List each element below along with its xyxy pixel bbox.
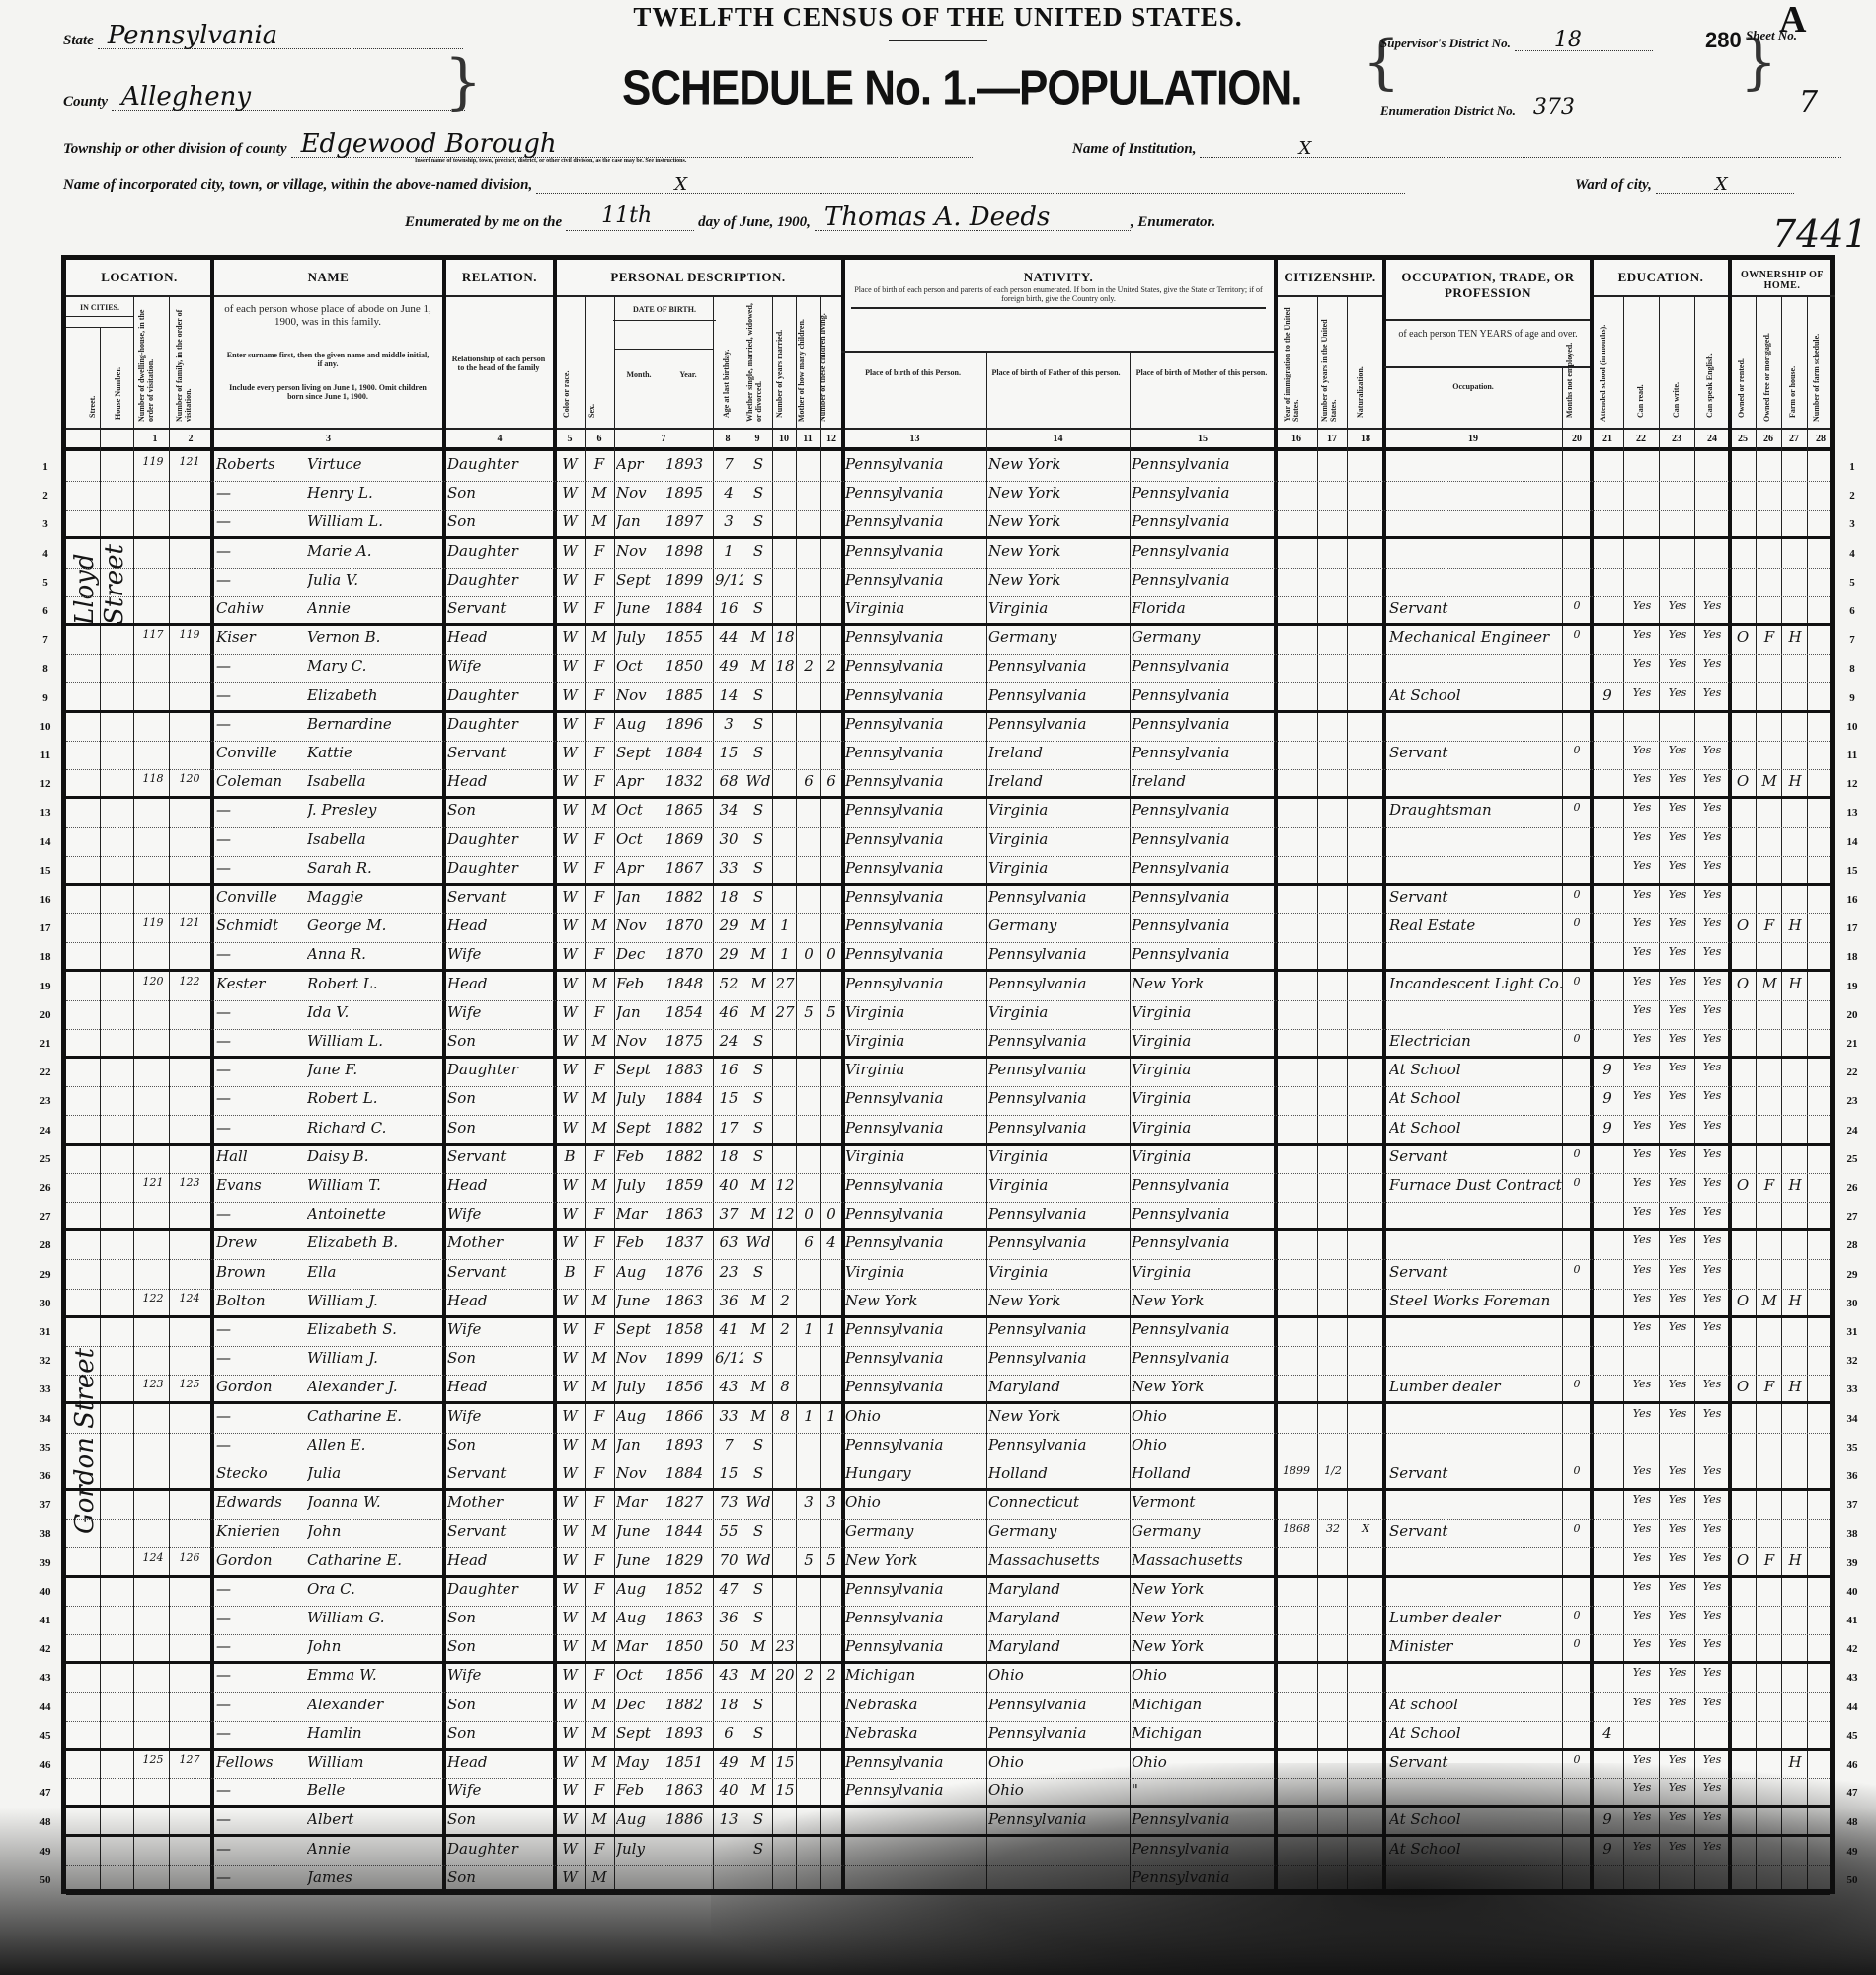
age-cell: 30 [715, 830, 743, 848]
can-write-cell: Yes [1661, 1753, 1694, 1766]
given-name-cell: Kattie [307, 744, 441, 761]
column-number-row: 1 2 3 4 5 6 7 8 9 10 11 12 13 14 15 16 1… [66, 428, 1830, 451]
table-row[interactable]: 121123EvansWilliam T.HeadWMJuly185940M12… [66, 1174, 1830, 1203]
owned-rented-cell: O [1730, 975, 1756, 992]
owned-rented-cell: O [1730, 1292, 1756, 1309]
table-row[interactable]: SteckoJuliaServantWFNov188415SHungaryHol… [66, 1462, 1830, 1491]
birthplace-mother-cell: Virginia [1132, 1032, 1274, 1050]
can-write-cell: Yes [1661, 1089, 1694, 1102]
relation-cell: Head [447, 916, 552, 934]
can-read-cell: Yes [1625, 1493, 1659, 1506]
sex-cell: M [586, 1032, 612, 1050]
surname-cell: Hall [216, 1147, 307, 1165]
surname-cell: Coleman [216, 772, 307, 790]
can-write-cell: Yes [1661, 1407, 1694, 1420]
birth-year-cell: 1898 [665, 542, 713, 560]
can-read-cell: Yes [1625, 1810, 1659, 1823]
table-row[interactable]: 119121SchmidtGeorge M.HeadWMNov187029M1P… [66, 914, 1830, 943]
table-row[interactable]: —Sarah R.DaughterWFApr186733SPennsylvani… [66, 857, 1830, 886]
table-row[interactable]: KnierienJohnServantWMJune184455SGermanyG… [66, 1520, 1830, 1548]
birthplace-father-cell: New York [988, 571, 1129, 589]
relation-cell: Daughter [447, 1061, 552, 1078]
given-name-cell: Albert [307, 1810, 441, 1828]
birthplace-mother-cell: Ohio [1132, 1436, 1274, 1454]
table-row[interactable]: 117119KiserVernon B.HeadWMJuly185544M18P… [66, 626, 1830, 655]
table-row[interactable]: —Robert L.SonWMJuly188415SPennsylvaniaPe… [66, 1087, 1830, 1116]
birthplace-person-cell: Pennsylvania [845, 715, 985, 733]
birthplace-father-cell: Pennsylvania [988, 1089, 1129, 1107]
table-row[interactable]: —AlbertSonWMAug188613SPennsylvaniaPennsy… [66, 1808, 1830, 1837]
relation-cell: Daughter [447, 715, 552, 733]
color-race-cell: W [557, 657, 583, 674]
color-race-cell: W [557, 1032, 583, 1050]
surname-cell: — [216, 513, 307, 530]
can-write-cell: Yes [1661, 975, 1694, 987]
birthplace-mother-cell: Pennsylvania [1132, 888, 1274, 906]
color-race-cell: W [557, 1003, 583, 1021]
birthplace-person-cell: Pennsylvania [845, 1205, 985, 1223]
can-write-cell: Yes [1661, 1119, 1694, 1132]
table-row[interactable]: —Richard C.SonWMSept188217SPennsylvaniaP… [66, 1117, 1830, 1145]
surname-cell: — [216, 1089, 307, 1107]
relation-cell: Daughter [447, 1840, 552, 1857]
table-row[interactable]: —Jane F.DaughterWFSept188316SVirginiaPen… [66, 1059, 1830, 1087]
birthplace-person-cell: Virginia [845, 1147, 985, 1165]
table-row[interactable]: —Anna R.WifeWFDec187029M100PennsylvaniaP… [66, 943, 1830, 972]
months-unemployed-cell: 0 [1564, 1609, 1590, 1621]
color-race-cell: W [557, 628, 583, 646]
birthplace-mother-cell: Florida [1132, 599, 1274, 617]
surname-cell: — [216, 1436, 307, 1454]
sex-cell: M [586, 1349, 612, 1367]
birthplace-father-cell: Ohio [988, 1753, 1129, 1771]
given-name-cell: Allen E. [307, 1436, 441, 1454]
age-cell: 15 [715, 1089, 743, 1107]
given-name-cell: Belle [307, 1781, 441, 1799]
table-row[interactable]: —JamesSonWMPennsylvania [66, 1866, 1830, 1895]
row-number-left: 27 [36, 1211, 55, 1223]
sex-cell: M [586, 484, 612, 502]
birthplace-mother-cell: Pennsylvania [1132, 686, 1274, 704]
table-row[interactable]: 125127FellowsWilliamHeadWMMay185149M15Pe… [66, 1751, 1830, 1779]
table-row[interactable]: BrownEllaServantBFAug187623SVirginiaVirg… [66, 1261, 1830, 1290]
table-row[interactable]: 120122KesterRobert L.HeadWMFeb184852M27P… [66, 973, 1830, 1001]
dwelling-number-cell: 121 [137, 1176, 169, 1189]
months-unemployed-cell: 0 [1564, 801, 1590, 814]
age-cell: 43 [715, 1378, 743, 1395]
birthplace-mother-cell: Pennsylvania [1132, 945, 1274, 963]
marital-status-cell: M [744, 1176, 772, 1194]
row-number-left: 45 [36, 1730, 55, 1742]
birth-year-cell: 1850 [665, 1637, 713, 1655]
attended-school-cell: 4 [1592, 1724, 1623, 1742]
relation-cell: Servant [447, 599, 552, 617]
group-citizenship: CITIZENSHIP. [1276, 260, 1384, 297]
sex-cell: F [586, 599, 612, 617]
table-row[interactable]: EdwardsJoanna W.MotherWFMar182773Wd33Ohi… [66, 1491, 1830, 1520]
surname-cell: — [216, 1119, 307, 1137]
row-number-right: 34 [1842, 1413, 1862, 1425]
family-number-cell: 121 [171, 455, 208, 468]
birthplace-father-cell: Ireland [988, 744, 1129, 761]
birth-year-cell: 1882 [665, 1147, 713, 1165]
marital-status-cell: S [744, 1119, 772, 1137]
birthplace-person-cell: Virginia [845, 599, 985, 617]
can-speak-english-cell: Yes [1696, 657, 1728, 670]
can-write-cell: Yes [1661, 1781, 1694, 1794]
surname-cell: Gordon [216, 1378, 307, 1395]
table-row[interactable]: —IsabellaDaughterWFOct186930SPennsylvani… [66, 829, 1830, 857]
birthplace-person-cell: Virginia [845, 1061, 985, 1078]
subhead-in-cities: IN CITIES. [66, 303, 133, 317]
ward-field[interactable]: Ward of city, X [1575, 172, 1794, 194]
sex-cell: F [586, 1493, 612, 1511]
surname-cell: — [216, 686, 307, 704]
table-row[interactable]: —Elizabeth S.WifeWFSept185841M211Pennsyl… [66, 1318, 1830, 1347]
birth-year-cell: 1893 [665, 1436, 713, 1454]
schedule-title: SCHEDULE No. 1.—POPULATION. [622, 61, 1301, 117]
mother-of-children-cell: 2 [798, 1666, 820, 1684]
owned-rented-cell: O [1730, 1378, 1756, 1395]
table-row[interactable]: —Ora C.DaughterWFAug185247SPennsylvaniaM… [66, 1578, 1830, 1607]
birthplace-mother-cell: Ohio [1132, 1666, 1274, 1684]
birth-month-cell: Mar [616, 1493, 664, 1511]
table-row[interactable]: —ElizabethDaughterWFNov188514SPennsylvan… [66, 684, 1830, 713]
marital-status-cell: S [744, 455, 772, 473]
table-row[interactable]: 122124BoltonWilliam J.HeadWMJune186336M2… [66, 1290, 1830, 1318]
birthplace-mother-cell: Germany [1132, 628, 1274, 646]
given-name-cell: Ella [307, 1263, 441, 1281]
surname-cell: — [216, 1580, 307, 1598]
birthplace-mother-cell: Virginia [1132, 1061, 1274, 1078]
can-speak-english-cell: Yes [1696, 801, 1728, 814]
birthplace-person-cell: Pennsylvania [845, 657, 985, 674]
birth-month-cell: June [616, 1292, 664, 1309]
row-number-right: 28 [1842, 1239, 1862, 1251]
group-nativity: NATIVITY. [841, 260, 1276, 285]
relation-cell: Mother [447, 1233, 552, 1251]
birth-month-cell: Mar [616, 1637, 664, 1655]
table-row[interactable]: —AntoinetteWifeWFMar186337M1200Pennsylva… [66, 1203, 1830, 1231]
table-row[interactable]: —BernardineDaughterWFAug18963SPennsylvan… [66, 713, 1830, 742]
table-row[interactable]: —William L.SonWMNov187524SVirginiaPennsy… [66, 1030, 1830, 1059]
sex-cell: F [586, 744, 612, 761]
row-number-right: 2 [1842, 490, 1862, 502]
can-speak-english-cell: Yes [1696, 1119, 1728, 1132]
birthplace-person-cell: Pennsylvania [845, 1609, 985, 1626]
subhead-mother-of: Mother of how many children. [797, 303, 817, 422]
marital-status-cell: S [744, 715, 772, 733]
owned-free-cell: M [1758, 772, 1781, 790]
row-number-right: 46 [1842, 1759, 1862, 1771]
table-row[interactable]: CahiwAnnieServantWFJune188416SVirginiaVi… [66, 597, 1830, 626]
sex-cell: F [586, 859, 612, 877]
marital-status-cell: M [744, 1781, 772, 1799]
relation-cell: Daughter [447, 455, 552, 473]
table-row[interactable]: ConvilleKattieServantWFSept188415SPennsy… [66, 742, 1830, 770]
years-married-cell: 18 [774, 657, 796, 674]
city-field[interactable]: Name of incorporated city, town, or vill… [63, 172, 1405, 194]
table-row[interactable]: 119121RobertsVirtuceDaughterWFApr18937SP… [66, 453, 1830, 482]
table-row[interactable]: —Emma W.WifeWFOct185643M2022MichiganOhio… [66, 1664, 1830, 1693]
table-row[interactable]: —William J.SonWMNov18996/12SPennsylvania… [66, 1347, 1830, 1376]
sex-cell: M [586, 1724, 612, 1742]
subhead-naturalization: Naturalization. [1356, 339, 1365, 418]
table-row[interactable]: —BelleWifeWFFeb186340M15PennsylvaniaOhio… [66, 1779, 1830, 1808]
birthplace-mother-cell: Pennsylvania [1132, 571, 1274, 589]
occupation-cell: Servant [1389, 1464, 1562, 1482]
birthplace-mother-cell: Pennsylvania [1132, 744, 1274, 761]
table-row[interactable]: —Henry L.SonWMNov18954SPennsylvaniaNew Y… [66, 482, 1830, 511]
birthplace-father-cell: Germany [988, 1522, 1129, 1540]
years-married-cell: 27 [774, 975, 796, 992]
subhead-can-write: Can write. [1672, 368, 1681, 418]
age-cell: 16 [715, 1061, 743, 1078]
birthplace-father-cell: Connecticut [988, 1493, 1129, 1511]
row-number-left: 43 [36, 1672, 55, 1684]
birthplace-person-cell: Pennsylvania [845, 1781, 985, 1799]
color-race-cell: W [557, 1696, 583, 1713]
table-row[interactable]: —J. PresleySonWMOct186534SPennsylvaniaVi… [66, 799, 1830, 828]
birthplace-father-cell: Virginia [988, 859, 1129, 877]
birth-year-cell: 1897 [665, 513, 713, 530]
birthplace-person-cell: Pennsylvania [845, 1436, 985, 1454]
months-unemployed-cell: 0 [1564, 1637, 1590, 1650]
surname-cell: Fellows [216, 1753, 307, 1771]
institution-field[interactable]: Name of Institution, X [1072, 136, 1841, 158]
occupation-cell: At School [1389, 1119, 1562, 1137]
table-row[interactable]: 118120ColemanIsabellaHeadWFApr183268Wd66… [66, 770, 1830, 799]
sex-cell: F [586, 1205, 612, 1223]
color-race-cell: W [557, 1176, 583, 1194]
birth-year-cell: 1895 [665, 484, 713, 502]
sex-cell: F [586, 1407, 612, 1425]
years-married-cell: 12 [774, 1205, 796, 1223]
family-number-cell: 123 [171, 1176, 208, 1189]
table-row[interactable]: —Catharine E.WifeWFAug186633M811OhioNew … [66, 1405, 1830, 1434]
birthplace-mother-cell: New York [1132, 975, 1274, 992]
farm-house-cell: H [1783, 1551, 1807, 1569]
color-race-cell: W [557, 1436, 583, 1454]
marital-status-cell: S [744, 830, 772, 848]
birthplace-mother-cell: Pennsylvania [1132, 1176, 1274, 1194]
given-name-cell: Catharine E. [307, 1407, 441, 1425]
birth-month-cell: July [616, 628, 664, 646]
state-label: State [63, 33, 94, 49]
table-row[interactable]: —Marie A.DaughterWFNov18981SPennsylvania… [66, 540, 1830, 569]
row-number-right: 10 [1842, 721, 1862, 733]
age-cell: 7 [715, 1436, 743, 1454]
birthplace-father-cell: Ireland [988, 772, 1129, 790]
table-row[interactable]: ConvilleMaggieServantWFJan188218SPennsyl… [66, 886, 1830, 914]
color-race-cell: B [557, 1263, 583, 1281]
color-race-cell: W [557, 859, 583, 877]
enumeration-district-field[interactable]: Enumeration District No. 373 [1380, 97, 1648, 118]
occupation-cell: At School [1389, 1840, 1562, 1857]
county-field[interactable]: County Allegheny [63, 89, 465, 111]
owned-rented-cell: O [1730, 1551, 1756, 1569]
birthplace-father-cell: Pennsylvania [988, 1119, 1129, 1137]
enumerated-date-field[interactable]: Enumerated by me on the 11th day of June… [405, 209, 1219, 231]
months-unemployed-cell: 0 [1564, 1378, 1590, 1390]
birth-year-cell: 1899 [665, 571, 713, 589]
group-relation: RELATION. [444, 260, 555, 297]
row-number-right: 35 [1842, 1442, 1862, 1454]
can-write-cell: Yes [1661, 1696, 1694, 1708]
sheet-value: 7 [1799, 85, 1818, 119]
marital-status-cell: M [744, 657, 772, 674]
subhead-occupation-desc: of each person TEN YEARS of age and over… [1394, 329, 1582, 341]
color-race-cell: W [557, 772, 583, 790]
farm-house-cell: H [1783, 916, 1807, 934]
can-write-cell: Yes [1661, 686, 1694, 699]
table-row[interactable]: 124126GordonCatharine E.HeadWFJune182970… [66, 1549, 1830, 1578]
township-field[interactable]: Township or other division of county Edg… [63, 136, 973, 158]
subhead-birth-person: Place of birth of this Person. [846, 368, 979, 377]
row-number-right: 15 [1842, 865, 1862, 877]
birthplace-mother-cell: New York [1132, 1580, 1274, 1598]
row-number-left: 44 [36, 1701, 55, 1713]
age-cell: 24 [715, 1032, 743, 1050]
table-row[interactable]: HallDaisy B.ServantBFFeb188218SVirginiaV… [66, 1145, 1830, 1174]
can-speak-english-cell: Yes [1696, 1089, 1728, 1102]
birthplace-mother-cell: Pennsylvania [1132, 801, 1274, 819]
given-name-cell: Henry L. [307, 484, 441, 502]
row-number-right: 29 [1842, 1269, 1862, 1281]
marital-status-cell: S [744, 888, 772, 906]
sheet-number-field[interactable]: 7 [1758, 97, 1846, 118]
age-cell: 55 [715, 1522, 743, 1540]
family-number-cell: 122 [171, 975, 208, 987]
birth-year-cell: 1884 [665, 1089, 713, 1107]
age-cell: 73 [715, 1493, 743, 1511]
table-row[interactable]: —Mary C.WifeWFOct185049M1822Pennsylvania… [66, 655, 1830, 683]
can-speak-english-cell: Yes [1696, 1637, 1728, 1650]
given-name-cell: Jane F. [307, 1061, 441, 1078]
table-row[interactable]: —AlexanderSonWMDec188218SNebraskaPennsyl… [66, 1694, 1830, 1722]
row-number-left: 24 [36, 1125, 55, 1137]
subhead-family-number: Number of family, in the order of visita… [175, 303, 195, 422]
sex-cell: M [586, 1637, 612, 1655]
group-ownership: OWNERSHIP OF HOME. [1730, 260, 1835, 297]
years-married-cell: 15 [774, 1781, 796, 1799]
age-cell: 3 [715, 513, 743, 530]
birthplace-person-cell: Pennsylvania [845, 1320, 985, 1338]
birth-month-cell: Jan [616, 1003, 664, 1021]
sex-cell: F [586, 1147, 612, 1165]
subhead-immigration-year: Year of immigration to the United States… [1283, 303, 1302, 422]
birthplace-father-cell: Pennsylvania [988, 1205, 1129, 1223]
table-row[interactable]: —JohnSonWMMar185050M23PennsylvaniaMaryla… [66, 1635, 1830, 1664]
sex-cell: F [586, 1320, 612, 1338]
relation-cell: Head [447, 1292, 552, 1309]
occupation-cell: At School [1389, 1089, 1562, 1107]
table-row[interactable]: —William G.SonWMAug186336SPennsylvaniaMa… [66, 1607, 1830, 1635]
birth-year-cell: 1837 [665, 1233, 713, 1251]
months-unemployed-cell: 0 [1564, 916, 1590, 929]
birthplace-mother-cell: Pennsylvania [1132, 859, 1274, 877]
sex-cell: M [586, 801, 612, 819]
marital-status-cell: S [744, 686, 772, 704]
row-number-left: 20 [36, 1009, 55, 1021]
birthplace-person-cell: Virginia [845, 1003, 985, 1021]
row-number-left: 32 [36, 1355, 55, 1367]
birth-month-cell: July [616, 1840, 664, 1857]
marital-status-cell: S [744, 513, 772, 530]
table-row[interactable]: 123125GordonAlexander J.HeadWMJuly185643… [66, 1376, 1830, 1404]
family-number-cell: 124 [171, 1292, 208, 1304]
birth-year-cell: 1883 [665, 1061, 713, 1078]
can-write-cell: Yes [1661, 1061, 1694, 1073]
birth-year-cell: 1875 [665, 1032, 713, 1050]
subhead-street: Street. [88, 358, 97, 418]
birthplace-father-cell: Maryland [988, 1609, 1129, 1626]
given-name-cell: Annie [307, 599, 441, 617]
township-label: Township or other division of county [63, 141, 287, 158]
birthplace-father-cell: Maryland [988, 1637, 1129, 1655]
table-row[interactable]: DrewElizabeth B.MotherWFFeb183763Wd64Pen… [66, 1231, 1830, 1260]
table-row[interactable]: —Julia V.DaughterWFSept18999/12SPennsylv… [66, 569, 1830, 597]
age-cell: 6/12 [715, 1349, 743, 1367]
can-speak-english-cell: Yes [1696, 888, 1728, 901]
group-location: LOCATION. [66, 260, 212, 297]
mother-of-children-cell: 6 [798, 1233, 820, 1251]
table-row[interactable]: —William L.SonWMJan18973SPennsylvaniaNew… [66, 511, 1830, 539]
row-number-left: 15 [36, 865, 55, 877]
table-row[interactable]: —AnnieDaughterWFJulySPennsylvaniaAt Scho… [66, 1838, 1830, 1866]
farm-house-cell: H [1783, 1753, 1807, 1771]
birth-month-cell: Aug [616, 1609, 664, 1626]
row-number-left: 46 [36, 1759, 55, 1771]
color-race-cell: W [557, 1724, 583, 1742]
birthplace-person-cell: Virginia [845, 1032, 985, 1050]
months-unemployed-cell: 0 [1564, 975, 1590, 987]
given-name-cell: Ora C. [307, 1580, 441, 1598]
surname-cell: — [216, 1666, 307, 1684]
relation-cell: Son [447, 1696, 552, 1713]
birth-year-cell: 1856 [665, 1378, 713, 1395]
months-unemployed-cell: 0 [1564, 888, 1590, 901]
marital-status-cell: Wd [744, 1551, 772, 1569]
can-write-cell: Yes [1661, 1522, 1694, 1535]
years-married-cell: 8 [774, 1407, 796, 1425]
can-read-cell: Yes [1625, 945, 1659, 958]
age-cell: 15 [715, 744, 743, 761]
row-number-left: 47 [36, 1787, 55, 1799]
birth-month-cell: Aug [616, 715, 664, 733]
table-row[interactable]: —HamlinSonWMSept18936SNebraskaPennsylvan… [66, 1722, 1830, 1751]
row-number-right: 50 [1842, 1874, 1862, 1886]
state-field[interactable]: State Pennsylvania [63, 28, 463, 49]
birthplace-father-cell: Virginia [988, 801, 1129, 819]
relation-cell: Son [447, 1349, 552, 1367]
table-row[interactable]: —Allen E.SonWMJan18937SPennsylvaniaPenns… [66, 1434, 1830, 1462]
birth-year-cell: 1882 [665, 1119, 713, 1137]
birthplace-person-cell: Pennsylvania [845, 772, 985, 790]
relation-cell: Wife [447, 657, 552, 674]
marital-status-cell: M [744, 975, 772, 992]
age-cell: 18 [715, 1696, 743, 1713]
marital-status-cell: M [744, 1378, 772, 1395]
supervisor-district-field[interactable]: Supervisor's District No. 18 [1380, 30, 1653, 51]
attended-school-cell: 9 [1592, 1089, 1623, 1107]
relation-cell: Son [447, 1609, 552, 1626]
birthplace-person-cell: Pennsylvania [845, 1349, 985, 1367]
children-living-cell: 1 [821, 1320, 841, 1338]
table-row[interactable]: —Ida V.WifeWFJan185446M2755VirginiaVirgi… [66, 1001, 1830, 1030]
can-read-cell: Yes [1625, 1696, 1659, 1708]
farm-house-cell: H [1783, 772, 1807, 790]
